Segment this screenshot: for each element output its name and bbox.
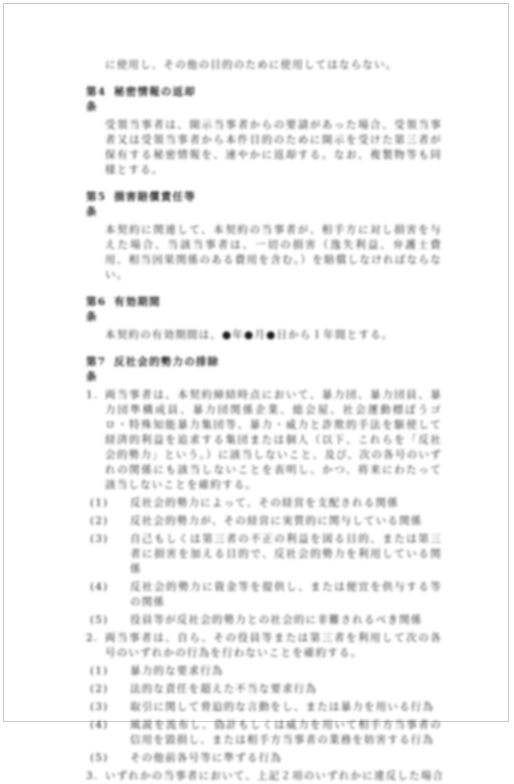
list-item-number: (1) <box>90 496 130 511</box>
list-item-number: (2) <box>90 682 130 697</box>
article-body: 本契約に関連して、本契約の当事者が、相手方に対し損害を与えた場合、当該当事者は、… <box>105 223 442 283</box>
article-number: 第4条 <box>86 85 114 115</box>
article-number: 第5条 <box>86 190 114 220</box>
list-item-number: (4) <box>90 580 130 610</box>
list-item: (4) 反社会的勢力に資金等を提供し、または便宜を供与する等の関係 <box>86 580 442 610</box>
article-heading: 第7条 反社会的勢力の排除 <box>86 355 442 385</box>
list-item-text: その他前各号等に準ずる行為 <box>130 751 442 766</box>
list-item-number: (3) <box>90 700 130 715</box>
article-title: 損害賠償責任等 <box>114 190 442 220</box>
article-title: 有効期間 <box>114 295 442 325</box>
list-item-text: 風説を流布し、偽計もしくは威力を用いて相手方当事者の信用を毀損し、または相手方当… <box>130 718 442 748</box>
article-number: 第6条 <box>86 295 114 325</box>
list-item: (5) 役員等が反社会的勢力との社会的に非難されるべき関係 <box>86 613 442 628</box>
list-item: (3) 取引に関して脅迫的な言動をし、または暴力を用いる行為 <box>86 700 442 715</box>
document-text-block: に使用し、その他の目的のために使用してはならない。 第4条 秘密情報の返却 受領… <box>86 58 442 784</box>
list-item: (3) 自己もしくは第三者の不正の利益を図る目的、または第三者に損害を加える目的… <box>86 532 442 577</box>
list-item-text: 法的な責任を超えた不当な要求行為 <box>130 682 442 697</box>
article-title: 反社会的勢力の排除 <box>114 355 442 385</box>
clause-3: 3. いずれかの当事者において、上記２項のいずれかに違反した場合、相手方当事者 <box>86 769 442 784</box>
list-item-text: 取引に関して脅迫的な言動をし、または暴力を用いる行為 <box>130 700 442 715</box>
article-body: 受領当事者は、開示当事者からの要請があった場合、受領当事者又は受領当事者から本件… <box>105 118 442 178</box>
list-item-text: 暴力的な要求行為 <box>130 664 442 679</box>
list-item-number: (5) <box>90 751 130 766</box>
list-item: (2) 法的な責任を超えた不当な要求行為 <box>86 682 442 697</box>
list-item-text: 自己もしくは第三者の不正の利益を図る目的、または第三者に損害を加える目的で、反社… <box>130 532 442 577</box>
list-item-text: 反社会的勢力によって、その経営を支配される関係 <box>130 496 442 511</box>
list-item: (2) 反社会的勢力が、その経営に実質的に関与している関係 <box>86 514 442 529</box>
clause-number: 1. <box>86 388 105 493</box>
article-title: 秘密情報の返却 <box>114 85 442 115</box>
list-item-text: 役員等が反社会的勢力との社会的に非難されるべき関係 <box>130 613 442 628</box>
list-item-number: (4) <box>90 718 130 748</box>
article-heading: 第4条 秘密情報の返却 <box>86 85 442 115</box>
article-heading: 第5条 損害賠償責任等 <box>86 190 442 220</box>
article-damages: 第5条 損害賠償責任等 本契約に関連して、本契約の当事者が、相手方に対し損害を与… <box>86 190 442 283</box>
article-antisocial-forces: 第7条 反社会的勢力の排除 1. 両当事者は、本契約締結時点において、暴力団、暴… <box>86 355 442 784</box>
clause-number: 2. <box>86 631 105 661</box>
list-item: (1) 反社会的勢力によって、その経営を支配される関係 <box>86 496 442 511</box>
list-item-text: 反社会的勢力が、その経営に実質的に関与している関係 <box>130 514 442 529</box>
document-page: に使用し、その他の目的のために使用してはならない。 第4条 秘密情報の返却 受領… <box>3 3 509 722</box>
list-item: (5) その他前各号等に準ずる行為 <box>86 751 442 766</box>
article-term: 第6条 有効期間 本契約の有効期間は、●年●月●日から１年間とする。 <box>86 295 442 343</box>
clause-number: 3. <box>86 769 105 784</box>
article-number: 第7条 <box>86 355 114 385</box>
list-item-number: (5) <box>90 613 130 628</box>
article-return-of-confidential-info: 第4条 秘密情報の返却 受領当事者は、開示当事者からの要請があった場合、受領当事… <box>86 85 442 178</box>
list-item-number: (1) <box>90 664 130 679</box>
list-item-number: (3) <box>90 532 130 577</box>
list-item: (4) 風説を流布し、偽計もしくは威力を用いて相手方当事者の信用を毀損し、または… <box>86 718 442 748</box>
clause-2: 2. 両当事者は、自ら、その役員等または第三者を利用して次の各号のいずれかの行為… <box>86 631 442 661</box>
clause-text: いずれかの当事者において、上記２項のいずれかに違反した場合、相手方当事者 <box>105 769 442 784</box>
list-item-text: 反社会的勢力に資金等を提供し、または便宜を供与する等の関係 <box>130 580 442 610</box>
clause-text: 両当事者は、自ら、その役員等または第三者を利用して次の各号のいずれかの行為を行わ… <box>105 631 442 661</box>
clause-1: 1. 両当事者は、本契約締結時点において、暴力団、暴力団員、暴力団準構成員、暴力… <box>86 388 442 493</box>
clause-text: 両当事者は、本契約締結時点において、暴力団、暴力団員、暴力団準構成員、暴力団関係… <box>105 388 442 493</box>
list-item-number: (2) <box>90 514 130 529</box>
paragraph-continuation: に使用し、その他の目的のために使用してはならない。 <box>105 58 442 73</box>
list-item: (1) 暴力的な要求行為 <box>86 664 442 679</box>
article-heading: 第6条 有効期間 <box>86 295 442 325</box>
article-body: 本契約の有効期間は、●年●月●日から１年間とする。 <box>105 328 442 343</box>
